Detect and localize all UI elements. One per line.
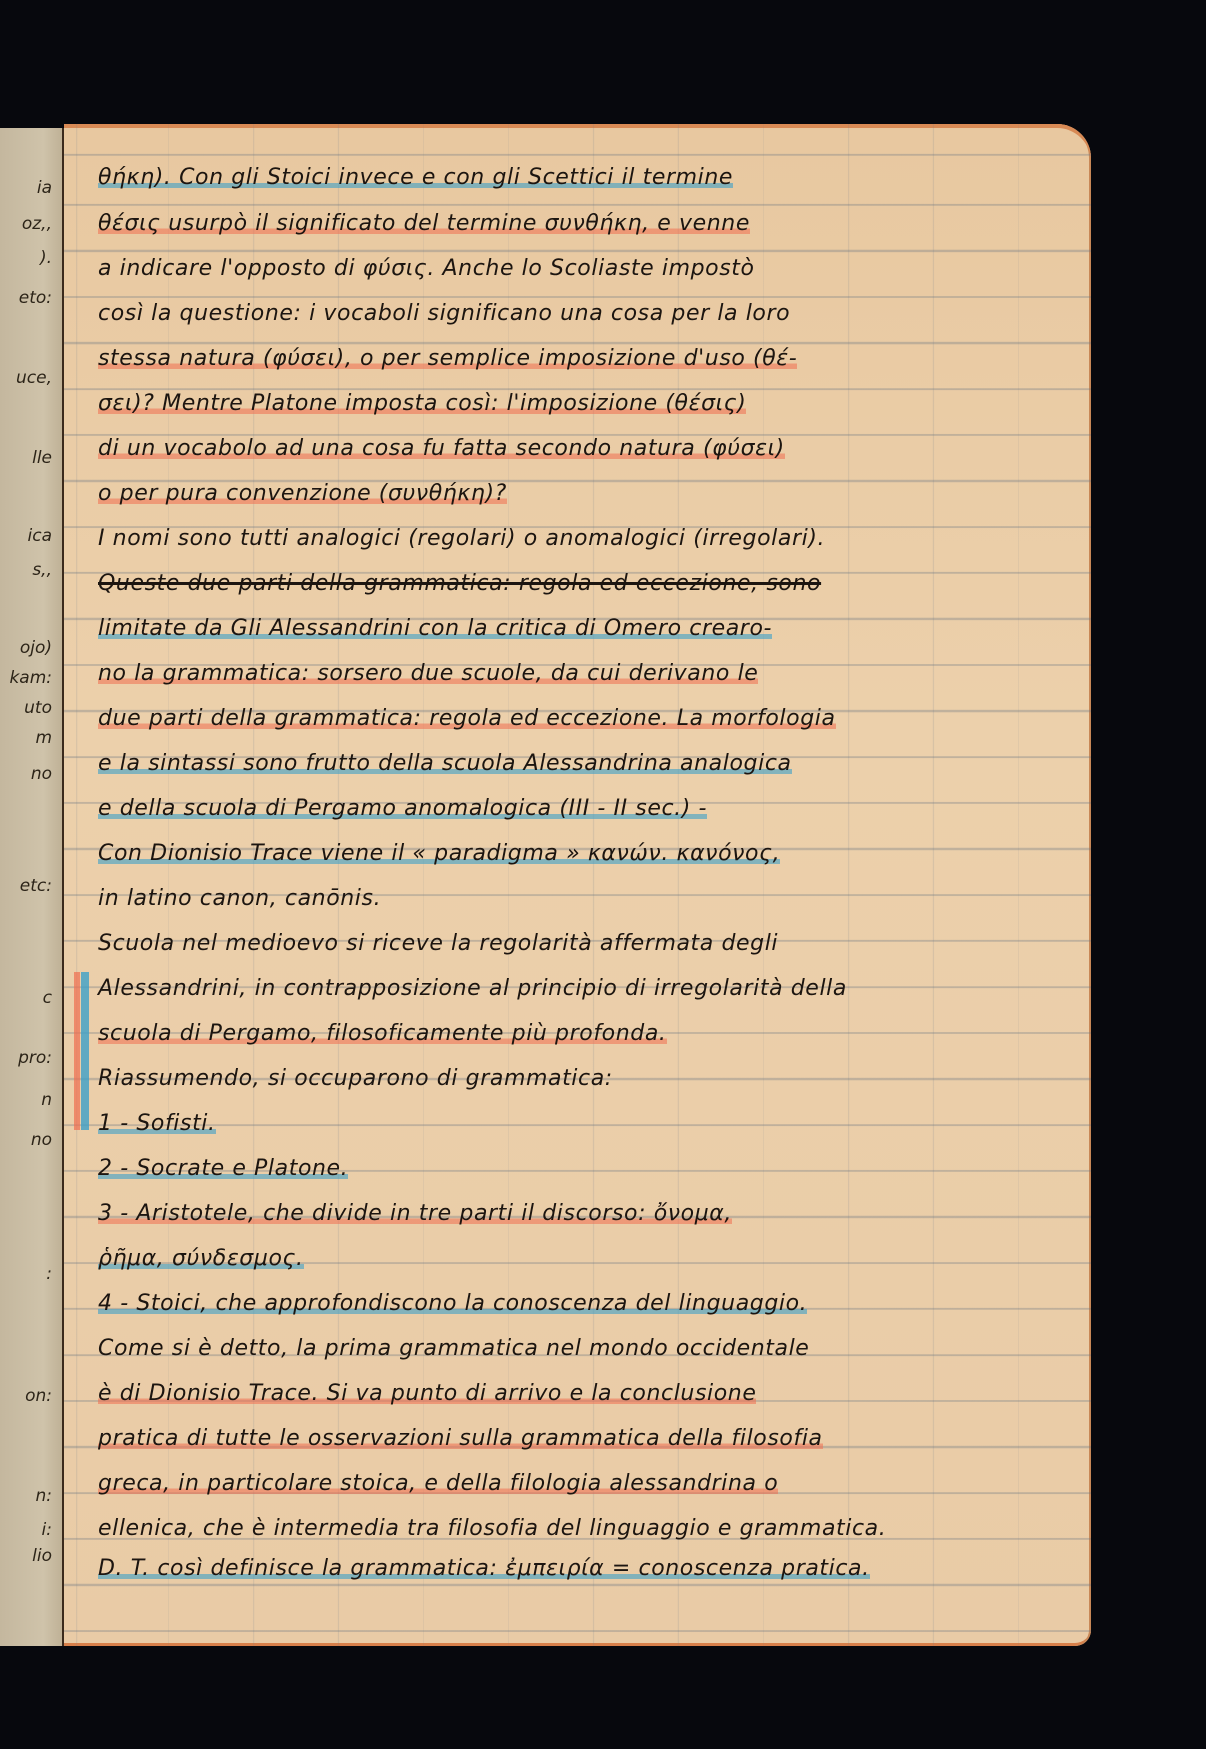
text-line: pratica di tutte le osservazioni sulla g… xyxy=(98,1419,1073,1459)
text-line: e della scuola di Pergamo anomalogica (I… xyxy=(98,789,1073,829)
left-fragment: no xyxy=(31,764,52,784)
text-line: o per pura convenzione (συνθήκη)? xyxy=(98,474,1073,514)
left-fragment: ojo) xyxy=(20,638,52,658)
left-fragment: s,, xyxy=(32,560,52,580)
left-page-edge: ia oz,, ). eto: uce, lle ica s,, ojo) ka… xyxy=(0,128,65,1646)
list-item: 3 - Aristotele, che divide in tre parti … xyxy=(98,1194,1073,1234)
text-line: Scuola nel medioevo si riceve la regolar… xyxy=(98,924,1073,964)
list-item: 1 - Sofisti. xyxy=(98,1104,1073,1144)
text-line: I nomi sono tutti analogici (regolari) o… xyxy=(98,519,1073,559)
text-line: e la sintassi sono frutto della scuola A… xyxy=(98,744,1073,784)
left-fragment: lle xyxy=(32,448,52,468)
left-fragment: etc: xyxy=(20,876,52,896)
left-fragment: : xyxy=(46,1264,52,1284)
text-line: no la grammatica: sorsero due scuole, da… xyxy=(98,654,1073,694)
left-fragment: lio xyxy=(32,1546,52,1566)
left-fragment: uce, xyxy=(16,368,52,388)
text-line: scuola di Pergamo, filosoficamente più p… xyxy=(98,1014,1073,1054)
text-line: greca, in particolare stoica, e della fi… xyxy=(98,1464,1073,1504)
text-line: limitate da Gli Alessandrini con la crit… xyxy=(98,609,1073,649)
margin-bar-blue xyxy=(81,972,89,1130)
text-line: Come si è detto, la prima grammatica nel… xyxy=(98,1329,1073,1369)
text-line: in latino canon, canōnis. xyxy=(98,879,1073,919)
list-item: ῥῆμα, σύνδεσμος. xyxy=(98,1239,1073,1279)
text-line: Con Dionisio Trace viene il « paradigma … xyxy=(98,834,1073,874)
list-item: 2 - Socrate e Platone. xyxy=(98,1149,1073,1189)
left-fragment: i: xyxy=(42,1520,52,1540)
text-line: D. T. così definisce la grammatica: ἐμπε… xyxy=(98,1549,1073,1589)
left-fragment: m xyxy=(35,728,52,748)
text-line: così la questione: i vocaboli significan… xyxy=(98,294,1073,334)
left-fragment: n xyxy=(41,1090,52,1110)
text-line: Alessandrini, in contrapposizione al pri… xyxy=(98,969,1073,1009)
left-fragment: ). xyxy=(40,248,52,268)
text-line: due parti della grammatica: regola ed ec… xyxy=(98,699,1073,739)
left-fragment: pro: xyxy=(18,1048,52,1068)
left-fragment: on: xyxy=(25,1386,52,1406)
left-fragment: no xyxy=(31,1130,52,1150)
left-fragment: uto xyxy=(24,698,52,718)
text-line: θέσις usurpò il significato del termine … xyxy=(98,204,1073,244)
struck-line: Queste due parti della grammatica: regol… xyxy=(98,564,1073,604)
text-line: stessa natura (φύσει), o per semplice im… xyxy=(98,339,1073,379)
notebook-page: θήκη). Con gli Stoici invece e con gli S… xyxy=(64,124,1091,1646)
text-line: di un vocabolo ad una cosa fu fatta seco… xyxy=(98,429,1073,469)
text-line: Riassumendo, si occuparono di grammatica… xyxy=(98,1059,1073,1099)
left-fragment: oz,, xyxy=(22,214,52,234)
text-line: a indicare l'opposto di φύσις. Anche lo … xyxy=(98,249,1073,289)
text-line: ellenica, che è intermedia tra filosofia… xyxy=(98,1509,1073,1549)
left-fragment: kam: xyxy=(9,668,52,688)
list-item: 4 - Stoici, che approfondiscono la conos… xyxy=(98,1284,1073,1324)
left-fragment: ica xyxy=(28,526,53,546)
margin-bar-red xyxy=(74,972,80,1130)
text-line: σει)? Mentre Platone imposta così: l'imp… xyxy=(98,384,1073,424)
left-fragment: ia xyxy=(37,178,52,198)
text-line: è di Dionisio Trace. Si va punto di arri… xyxy=(98,1374,1073,1414)
text-line: θήκη). Con gli Stoici invece e con gli S… xyxy=(98,158,1073,198)
left-fragment: eto: xyxy=(19,288,52,308)
left-fragment: c xyxy=(43,988,52,1008)
left-fragment: n: xyxy=(35,1486,52,1506)
